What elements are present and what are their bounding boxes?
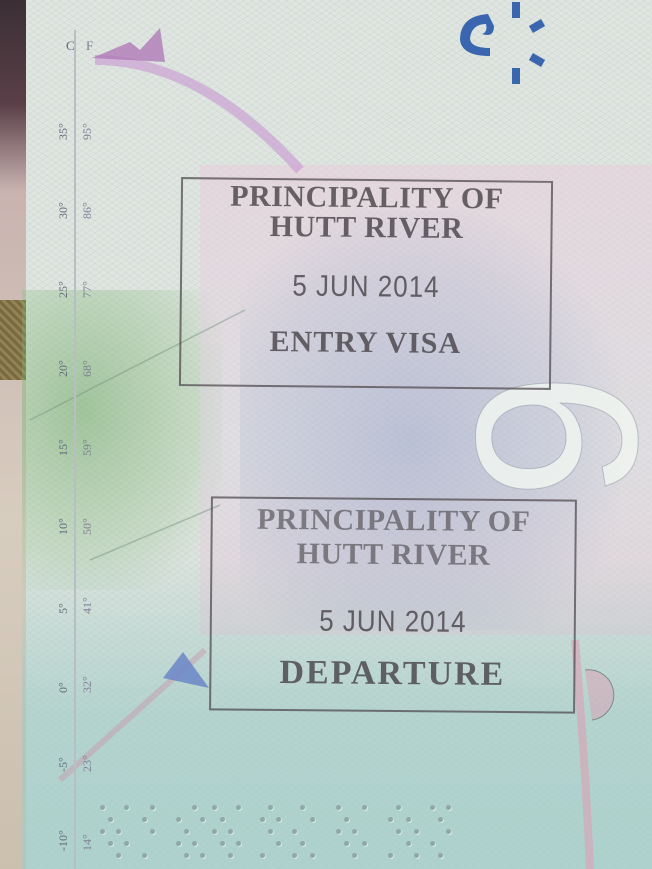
stamp-type: ENTRY VISA — [181, 324, 549, 362]
celsius-tick-label: 30° — [56, 202, 71, 219]
celsius-unit-label: C — [66, 38, 75, 54]
stamp-title-line1: PRINCIPALITY OF — [213, 506, 575, 535]
celsius-tick-label: 10° — [56, 518, 71, 535]
fahrenheit-tick-label: 59° — [80, 439, 95, 456]
departure-stamp: PRINCIPALITY OF HUTT RIVER 5 JUN 2014 DE… — [209, 496, 577, 713]
celsius-tick-label: -10° — [56, 830, 71, 851]
celsius-tick-label: 25° — [56, 281, 71, 298]
fahrenheit-tick-label: 68° — [80, 360, 95, 377]
fahrenheit-tick-label: 86° — [80, 202, 95, 219]
arc-end-shape — [92, 28, 165, 62]
fahrenheit-unit-label: F — [86, 38, 93, 54]
stamp-date: 5 JUN 2014 — [182, 267, 550, 307]
braille-dots — [100, 805, 480, 865]
celsius-tick-label: 35° — [56, 123, 71, 140]
stamp-title-line2: HUTT RIVER — [182, 213, 550, 243]
entry-visa-stamp: PRINCIPALITY OF HUTT RIVER 5 JUN 2014 EN… — [179, 177, 553, 390]
fahrenheit-tick-label: 95° — [80, 123, 95, 140]
stamp-type: DEPARTURE — [211, 653, 573, 694]
fahrenheit-tick-label: 77° — [80, 281, 95, 298]
scale-divider — [74, 30, 76, 869]
sun-icon — [448, 2, 558, 88]
fahrenheit-tick-label: 41° — [80, 597, 95, 614]
celsius-tick-label: 15° — [56, 439, 71, 456]
celsius-tick-label: 20° — [56, 360, 71, 377]
stamp-date: 5 JUN 2014 — [212, 602, 574, 641]
stamp-title-line1: PRINCIPALITY OF — [183, 183, 551, 213]
celsius-tick-label: 0° — [56, 682, 71, 693]
celsius-tick-label: 5° — [56, 603, 71, 614]
fahrenheit-tick-label: 32° — [80, 676, 95, 693]
fahrenheit-tick-label: 23° — [80, 755, 95, 772]
stamp-title-line2: HUTT RIVER — [212, 540, 574, 569]
celsius-tick-label: -5° — [56, 757, 71, 772]
fahrenheit-tick-label: 50° — [80, 518, 95, 535]
fahrenheit-tick-label: 14° — [80, 834, 95, 851]
